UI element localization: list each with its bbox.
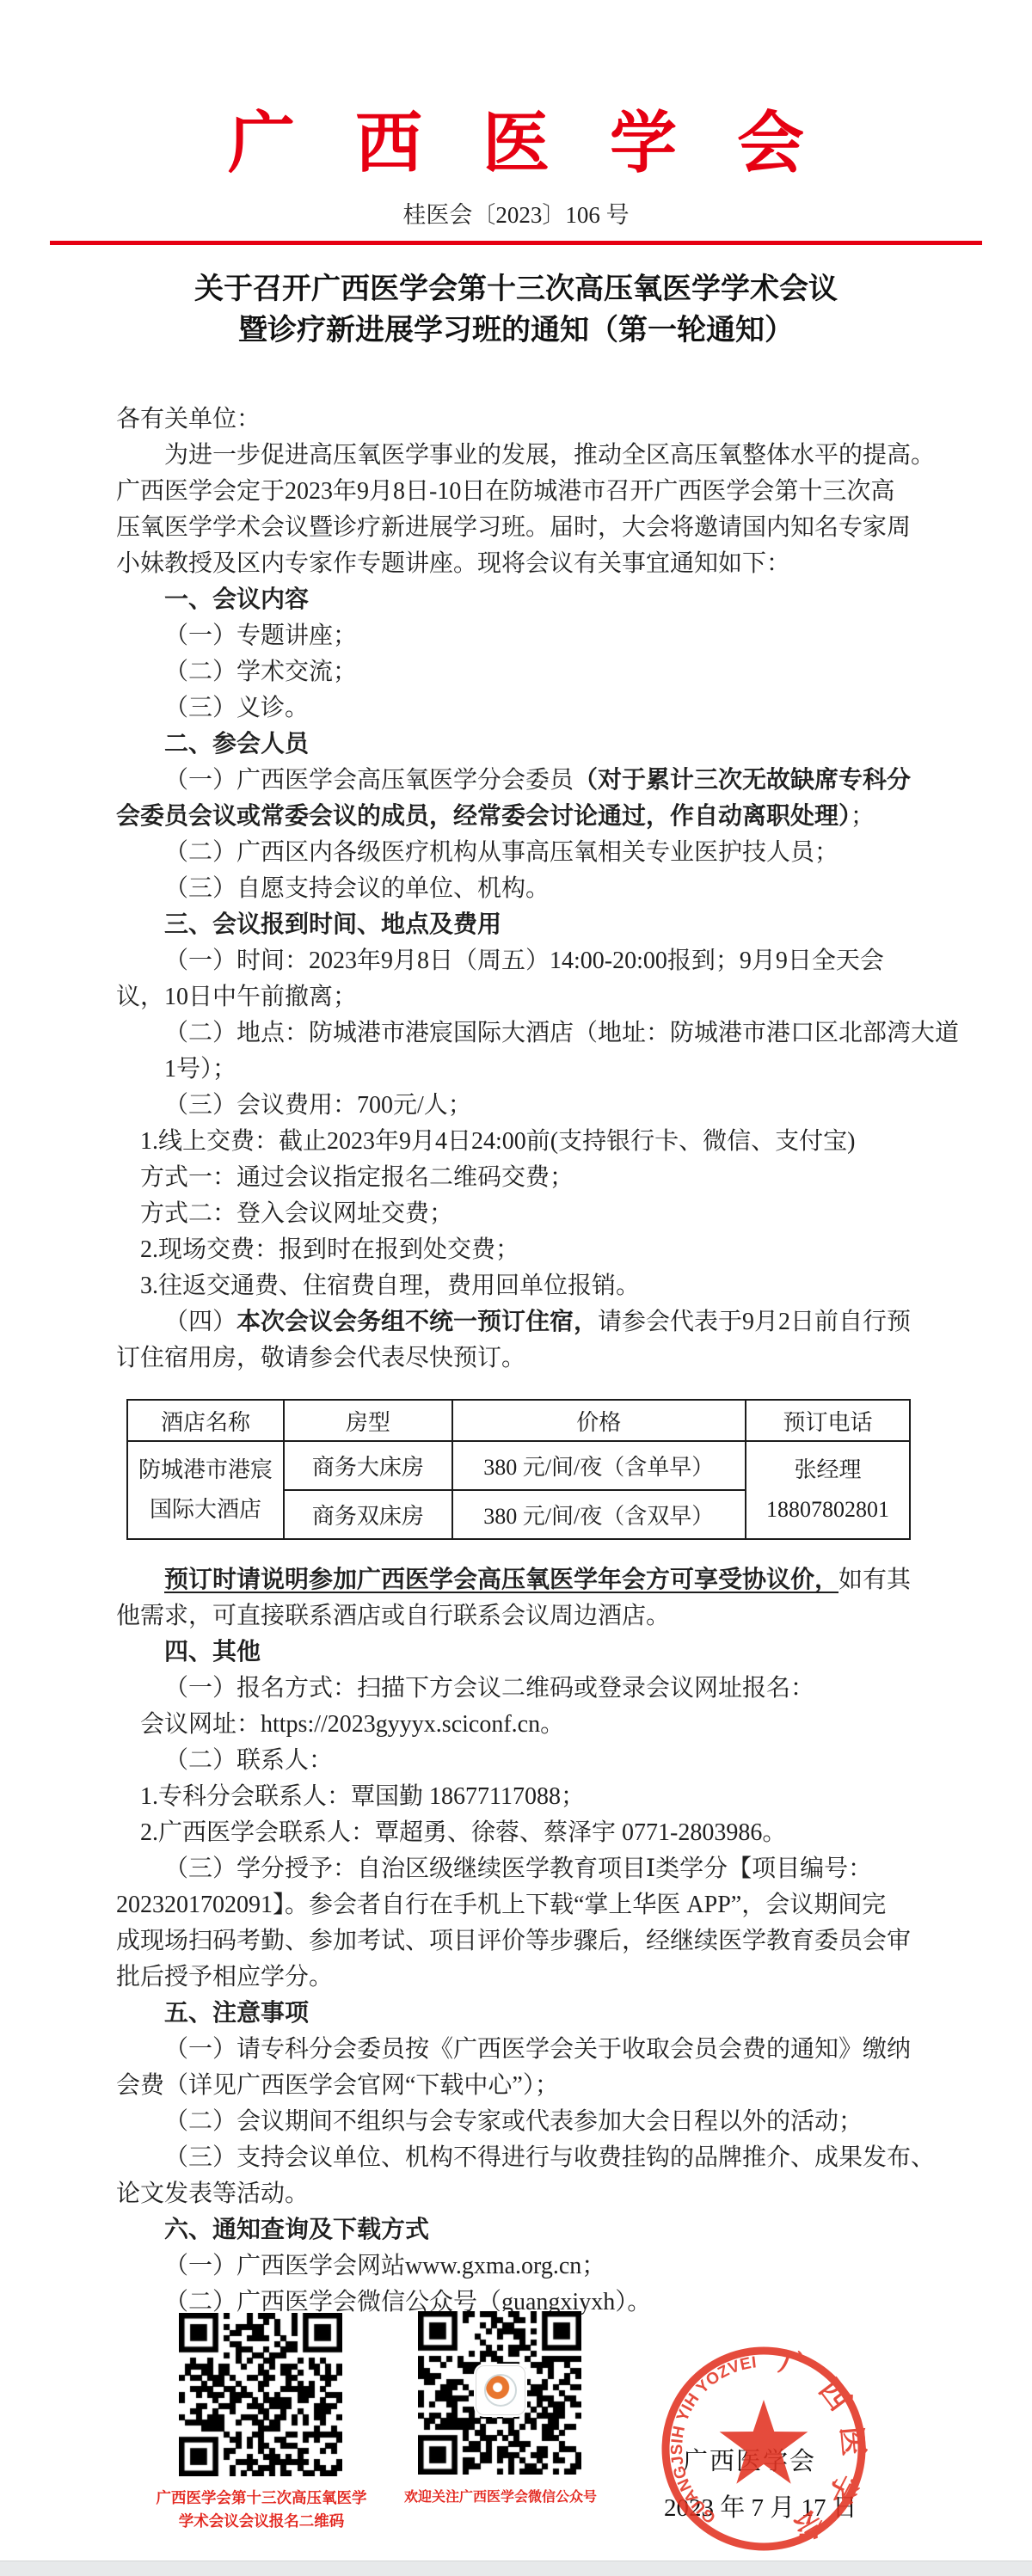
body-line: 议，10日中午前撤离；: [116, 979, 916, 1015]
body-line: 六、通知查询及下载方式: [116, 2212, 916, 2248]
body-line: （二）学术交流；: [116, 654, 916, 690]
document-number: 桂医会〔2023〕106 号: [0, 201, 1032, 229]
star-icon: [720, 2400, 808, 2484]
col-price: 价格: [452, 1400, 746, 1441]
svg-text:广西医学会: 广西医学会: [776, 2346, 869, 2547]
registration-qr-code: [179, 2313, 342, 2476]
body-line: 2023201702091】。参会者自行在手机上下载“掌上华医 APP”，会议期…: [116, 1887, 916, 1923]
body-line: （一）请专科分会委员按《广西医学会关于收取会员会费的通知》缴纳: [116, 2032, 916, 2068]
cell-price-1: 380 元/间/夜（含单早）: [452, 1441, 746, 1490]
body-line: 会议网址：https://2023gyyyx.sciconf.cn。: [116, 1707, 916, 1743]
body-line: 五、注意事项: [116, 1996, 916, 2032]
body-line: （二）联系人：: [116, 1743, 916, 1779]
col-room-type: 房型: [284, 1400, 452, 1441]
wechat-qr-code: [418, 2311, 581, 2475]
col-booking-phone: 预订电话: [746, 1400, 910, 1441]
body-line: （三）会议费用：700元/人；: [116, 1088, 916, 1124]
stamp-cn-text: 广西医学会: [776, 2346, 869, 2547]
body-line: 成现场扫码考勤、参加考试、项目评价等步骤后，经继续医学教育委员会审: [116, 1923, 916, 1960]
notice-title: 关于召开广西医学会第十三次高压氧医学学术会议 暨诊疗新进展学习班的通知（第一轮通…: [0, 269, 1032, 352]
body-line: 方式一：通过会议指定报名二维码交费；: [116, 1160, 916, 1196]
body-line: 订住宿用房，敬请参会代表尽快预订。: [116, 1340, 916, 1377]
body-line: 四、其他: [116, 1635, 916, 1671]
contact-name: 张经理: [794, 1457, 861, 1482]
body-line: 2.现场交费：报到时在报到处交费；: [116, 1232, 916, 1268]
body-line: 预订时请说明参加广西医学会高压氧医学年会方可享受协议价，如有其: [116, 1562, 916, 1598]
cell-price-2: 380 元/间/夜（含双早）: [452, 1490, 746, 1539]
hotel-name-line2: 国际大酒店: [150, 1497, 261, 1522]
body-line: 会委员会议或常委会议的成员，经常委会讨论通过，作自动离职处理）；: [116, 799, 916, 835]
cell-hotel-name: 防城港市港宸 国际大酒店: [127, 1441, 284, 1539]
registration-qr-caption-line2: 学术会议会议报名二维码: [127, 2510, 396, 2533]
body-line: （二）地点：防城港市港宸国际大酒店（地址：防城港市港口区北部湾大道: [116, 1015, 916, 1052]
body-line: 论文发表等活动。: [116, 2176, 916, 2212]
body-line: 压氧医学学术会议暨诊疗新进展学习班。届时，大会将邀请国内知名专家周: [116, 510, 916, 546]
registration-qr-code-image: [179, 2313, 342, 2476]
body-line: 一、会议内容: [116, 582, 916, 618]
official-stamp: GUANGJSIH YIH YOZVEI 广西医学会: [650, 2335, 877, 2562]
contact-phone: 18807802801: [766, 1497, 889, 1522]
body-line: 3.往返交通费、住宿费自理，费用回单位报销。: [116, 1268, 916, 1304]
body-line: 1.专科分会联系人：覃国勤 18677117088；: [116, 1779, 916, 1815]
body-line: 批后授予相应学分。: [116, 1960, 916, 1996]
body-line: 会费（详见广西医学会官网“下载中心”）；: [116, 2068, 916, 2104]
body-line: 1号）；: [116, 1052, 916, 1088]
notice-title-line2: 暨诊疗新进展学习班的通知（第一轮通知）: [0, 310, 1032, 352]
body-line: 广西医学会定于2023年9月8日-10日在防城港市召开广西医学会第十三次高: [116, 474, 916, 510]
page-bottom-edge: [0, 2561, 1032, 2576]
table-row: 防城港市港宸 国际大酒店 商务大床房 380 元/间/夜（含单早） 张经理 18…: [127, 1441, 910, 1490]
cell-room-1: 商务大床房: [284, 1441, 452, 1490]
hotel-name-line1: 防城港市港宸: [138, 1457, 273, 1482]
body-line: （二）广西区内各级医疗机构从事高压氧相关专业医护技人员；: [116, 835, 916, 871]
body-line: （三）支持会议单位、机构不得进行与收费挂钩的品牌推介、成果发布、: [116, 2140, 916, 2176]
wechat-qr-caption: 欢迎关注广西医学会微信公众号: [361, 2487, 640, 2508]
body-line: （一）广西医学会网站www.gxma.org.cn；: [116, 2248, 916, 2285]
body-line: 他需求，可直接联系酒店或自行联系会议周边酒店。: [116, 1598, 916, 1635]
red-divider: [50, 241, 982, 245]
body-line: 为进一步促进高压氧医学事业的发展，推动全区高压氧整体水平的提高。: [116, 438, 916, 474]
notice-document-page: 广西医学会 桂医会〔2023〕106 号 关于召开广西医学会第十三次高压氧医学学…: [0, 0, 1032, 2576]
qr2-center-logo: [476, 2365, 525, 2415]
table-header-row: 酒店名称 房型 价格 预订电话: [127, 1400, 910, 1441]
body-line: （三）自愿支持会议的单位、机构。: [116, 871, 916, 907]
medical-emblem-icon: [484, 2374, 517, 2407]
body-line: 二、参会人员: [116, 727, 916, 763]
body-line: 1.线上交费：截止2023年9月4日24:00前(支持银行卡、微信、支付宝): [116, 1124, 916, 1160]
col-hotel-name: 酒店名称: [127, 1400, 284, 1441]
org-name-header: 广西医学会: [0, 110, 1032, 177]
registration-qr-caption: 广西医学会第十三次高压氧医学 学术会议会议报名二维码: [127, 2487, 396, 2533]
notice-title-line1: 关于召开广西医学会第十三次高压氧医学学术会议: [0, 269, 1032, 310]
body-text-upper: 各有关单位：为进一步促进高压氧医学事业的发展，推动全区高压氧整体水平的提高。广西…: [0, 402, 1032, 1377]
body-line: （一）专题讲座；: [116, 618, 916, 654]
body-line: 小妹教授及区内专家作专题讲座。现将会议有关事宜通知如下：: [116, 546, 916, 582]
hotel-table: 酒店名称 房型 价格 预订电话 防城港市港宸 国际大酒店 商务大床房 380 元…: [126, 1399, 911, 1540]
body-line: 各有关单位：: [116, 402, 916, 438]
body-line: （二）会议期间不组织与会专家或代表参加大会日程以外的活动；: [116, 2104, 916, 2140]
body-line: 方式二：登入会议网址交费；: [116, 1196, 916, 1232]
hotel-table-wrap: 酒店名称 房型 价格 预订电话 防城港市港宸 国际大酒店 商务大床房 380 元…: [116, 1399, 916, 1540]
body-text-lower: 预订时请说明参加广西医学会高压氧医学年会方可享受协议价，如有其他需求，可直接联系…: [0, 1562, 1032, 2321]
body-line: （一）时间：2023年9月8日（周五）14:00-20:00报到；9月9日全天会: [116, 943, 916, 979]
body-line: 三、会议报到时间、地点及费用: [116, 907, 916, 943]
body-line: 2.广西医学会联系人：覃超勇、徐蓉、蔡泽宇 0771-2803986。: [116, 1815, 916, 1851]
body-line: （三）义诊。: [116, 690, 916, 727]
body-line: （三）学分授予：自治区级继续医学教育项目Ⅰ类学分【项目编号：: [116, 1851, 916, 1887]
body-line: （四）本次会议会务组不统一预订住宿，请参会代表于9月2日前自行预: [116, 1304, 916, 1340]
registration-qr-caption-line1: 广西医学会第十三次高压氧医学: [127, 2487, 396, 2510]
cell-contact: 张经理 18807802801: [746, 1441, 910, 1539]
cell-room-2: 商务双床房: [284, 1490, 452, 1539]
body-line: （一）报名方式：扫描下方会议二维码或登录会议网址报名：: [116, 1671, 916, 1707]
body-line: （一）广西医学会高压氧医学分会委员（对于累计三次无故缺席专科分: [116, 763, 916, 799]
